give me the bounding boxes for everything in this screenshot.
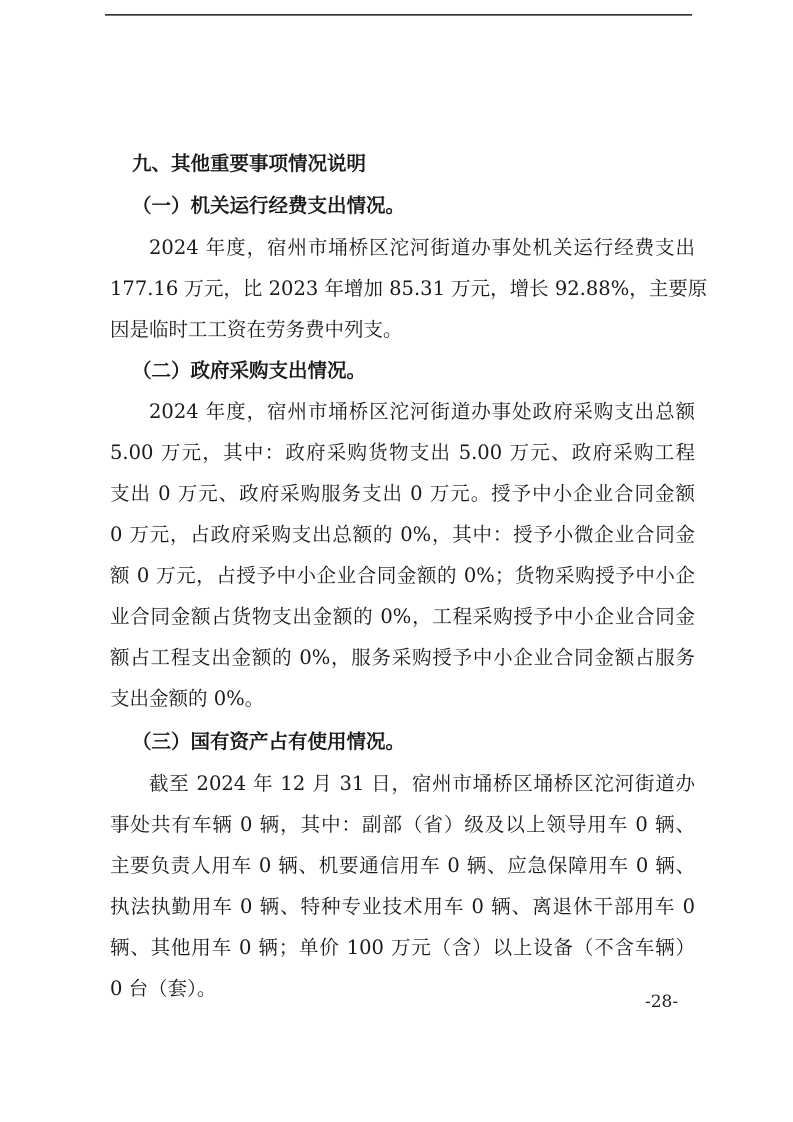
paragraph-line: 截至 2024 年 12 月 31 日，宿州市埇桥区埇桥区沱河街道办 <box>149 770 695 797</box>
paragraph-line: 0 万元，占政府采购支出总额的 0%，其中：授予小微企业合同金 <box>110 521 695 548</box>
paragraph-line: 支出 0 万元、政府采购服务支出 0 万元。授予中小企业合同金额 <box>110 480 695 507</box>
paragraph-line: 177.16 万元，比 2023 年增加 85.31 万元，增长 92.88%，… <box>110 275 695 302</box>
subsection-heading-2: （二）政府采购支出情况。 <box>132 357 366 384</box>
header-rule <box>105 14 692 16</box>
paragraph-line: 主要负责人用车 0 辆、机要通信用车 0 辆、应急保障用车 0 辆、 <box>110 852 695 879</box>
subsection-heading-3: （三）国有资产占有使用情况。 <box>132 728 405 755</box>
paragraph-line: 辆、其他用车 0 辆；单价 100 万元（含）以上设备（不含车辆） <box>110 934 695 961</box>
subsection-heading-1: （一）机关运行经费支出情况。 <box>132 192 405 219</box>
paragraph-line: 因是临时工工资在劳务费中列支。 <box>110 316 403 343</box>
paragraph-line: 支出金额的 0%。 <box>110 685 264 712</box>
page-number: -28- <box>645 992 678 1012</box>
paragraph-line: 业合同金额占货物支出金额的 0%，工程采购授予中小企业合同金 <box>110 603 695 630</box>
paragraph-line: 额占工程支出金额的 0%，服务采购授予中小企业合同金额占服务 <box>110 644 695 671</box>
paragraph-line: 执法执勤用车 0 辆、特种专业技术用车 0 辆、离退休干部用车 0 <box>110 893 695 920</box>
paragraph-line: 事处共有车辆 0 辆，其中：副部（省）级及以上领导用车 0 辆、 <box>110 811 695 838</box>
paragraph-line: 2024 年度，宿州市埇桥区沱河街道办事处机关运行经费支出 <box>149 234 695 261</box>
section-title: 九、其他重要事项情况说明 <box>132 150 366 177</box>
paragraph-line: 0 台（套）。 <box>110 975 216 1002</box>
paragraph-line: 5.00 万元，其中：政府采购货物支出 5.00 万元、政府采购工程 <box>110 439 695 466</box>
paragraph-line: 2024 年度，宿州市埇桥区沱河街道办事处政府采购支出总额 <box>149 398 695 425</box>
paragraph-line: 额 0 万元，占授予中小企业合同金额的 0%；货物采购授予中小企 <box>110 562 695 589</box>
